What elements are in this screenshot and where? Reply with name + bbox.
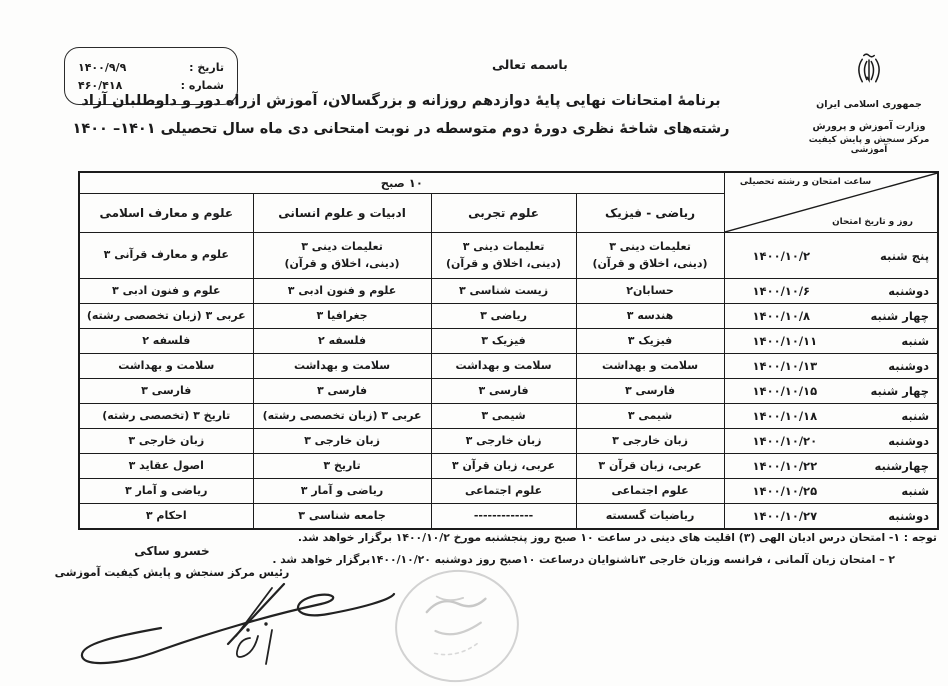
subject-cell: تعلیمات دینی ۳ (دینی، اخلاق و قرآن) [253,233,431,279]
column-header-adabiat-ensani: ادبیات و علوم انسانی [253,194,431,233]
subject-cell: عربی ۳ (زبان تخصصی رشته) [253,404,431,429]
subject-cell: سلامت و بهداشت [576,354,724,379]
exam-date: ۱۴۰۰/۱۰/۶ [753,284,811,298]
column-header-riazi-fizik: ریاضی - فیزیک [576,194,724,233]
subject-cell: سلامت و بهداشت [79,354,253,379]
exam-day: دوشنبه [888,359,929,373]
subject-cell: فلسفه ۲ [253,329,431,354]
subject-cell: هندسه ۳ [576,304,724,329]
exam-day: شنبه [901,334,929,348]
exam-date: ۱۴۰۰/۱۰/۲۵ [753,484,818,498]
ref-date-value: ۱۴۰۰/۹/۹ [78,61,126,74]
corner-label-top: ساعت امتحان و رشته تحصیلی [739,177,873,187]
subject-cell: ریاضی و آمار ۳ [253,479,431,504]
exam-date: ۱۴۰۰/۱۰/۱۱ [753,334,818,348]
exam-date: ۱۴۰۰/۱۰/۱۳ [753,359,818,373]
subject-cell: علوم اجتماعی [431,479,576,504]
exam-time-header: ۱۰ صبح [79,172,724,194]
subject-cell: جغرافیا ۳ [253,304,431,329]
column-header-oloom-maaref: علوم و معارف اسلامی [79,194,253,233]
table-row: شنبه۱۴۰۰/۱۰/۲۵ علوم اجتماعی علوم اجتماعی… [79,479,938,504]
signer-name: خسرو ساکی [50,544,294,558]
subject-cell: ریاضی و آمار ۳ [79,479,253,504]
exam-date: ۱۴۰۰/۱۰/۲۰ [753,434,818,448]
exam-day: پنج شنبه [880,249,929,263]
subject-cell: ریاضیات گسسته [576,504,724,529]
letterhead-center: مرکز سنجش و پایش کیفیت آموزشی [793,135,945,155]
footnote-1: توجه : ۱- امتحان درس ادیان الهی (۳) اقلی… [32,531,937,544]
subject-cell: علوم و فنون ادبی ۳ [79,279,253,304]
ref-date-label: تاریخ : [189,61,224,74]
subject-cell: عربی ۳ (زبان تخصصی رشته) [79,304,253,329]
table-row: چهارشنبه۱۴۰۰/۱۰/۲۲ عربی، زبان قرآن ۳ عرب… [79,454,938,479]
letterhead: جمهوری اسلامی ایران وزارت آموزش و پرورش … [793,50,945,155]
exam-date: ۱۴۰۰/۱۰/۱۵ [753,384,818,398]
bismillah-text: باسمه تعالی [492,57,568,72]
table-row: چهار شنبه۱۴۰۰/۱۰/۱۵ فارسی ۳ فارسی ۳ فارس… [79,379,938,404]
subject-cell: تاریخ ۳ (تخصصی رشته) [79,404,253,429]
subject-cell: فیزیک ۳ [576,329,724,354]
subject-cell: تاریخ ۳ [253,454,431,479]
table-row: دوشنبه۱۴۰۰/۱۰/۱۳ سلامت و بهداشت سلامت و … [79,354,938,379]
subject-cell: علوم و معارف قرآنی ۳ [79,233,253,279]
subject-cell: زبان خارجی ۳ [576,429,724,454]
subject-cell: اصول عقاید ۳ [79,454,253,479]
subject-cell: زیست شناسی ۳ [431,279,576,304]
subject-cell: تعلیمات دینی ۳ (دینی، اخلاق و قرآن) [431,233,576,279]
exam-day: دوشنبه [888,284,929,298]
title-line-2: رشته‌های شاخۀ نظری دورۀ دوم متوسطه در نو… [52,122,750,137]
table-row: چهار شنبه۱۴۰۰/۱۰/۸ هندسه ۳ ریاضی ۳ جغراف… [79,304,938,329]
exam-schedule-table: ساعت امتحان و رشته تحصیلی روز و تاریخ ام… [78,171,939,530]
exam-date: ۱۴۰۰/۱۰/۲۲ [753,459,818,473]
document-title: برنامۀ امتحانات نهایی پایۀ دوازدهم روزان… [52,94,750,137]
subject-cell: حسابان۲ [576,279,724,304]
subject-cell: شیمی ۳ [431,404,576,429]
subject-cell: فارسی ۳ [79,379,253,404]
exam-day: دوشنبه [888,434,929,448]
ref-number-label: شماره : [181,79,224,92]
subject-cell: سلامت و بهداشت [431,354,576,379]
table-row: دوشنبه۱۴۰۰/۱۰/۲۷ ریاضیات گسسته ---------… [79,504,938,529]
exam-date: ۱۴۰۰/۱۰/۲۷ [753,509,818,523]
subject-cell: زبان خارجی ۳ [431,429,576,454]
signature-block: خسرو ساکی رئیس مرکز سنجش و پایش کیفیت آم… [50,544,294,579]
subject-cell: علوم اجتماعی [576,479,724,504]
table-row: شنبه۱۴۰۰/۱۰/۱۸ شیمی ۳ شیمی ۳ عربی ۳ (زبا… [79,404,938,429]
subject-cell: زبان خارجی ۳ [79,429,253,454]
subject-cell: شیمی ۳ [576,404,724,429]
subject-cell: فارسی ۳ [431,379,576,404]
subject-cell: تعلیمات دینی ۳ (دینی، اخلاق و قرآن) [576,233,724,279]
iran-emblem-icon [854,50,884,88]
subject-cell: ریاضی ۳ [431,304,576,329]
corner-label-bottom: روز و تاریخ امتحان [819,217,927,227]
table-row: پنج شنبه۱۴۰۰/۱۰/۲ تعلیمات دینی ۳ (دینی، … [79,233,938,279]
subject-cell: فیزیک ۳ [431,329,576,354]
table-header-row-time: ساعت امتحان و رشته تحصیلی روز و تاریخ ام… [79,172,938,194]
exam-day: چهار شنبه [871,309,930,323]
subject-cell: علوم و فنون ادبی ۳ [253,279,431,304]
ref-date-line: تاریخ : ۱۴۰۰/۹/۹ [78,61,224,74]
title-line-1: برنامۀ امتحانات نهایی پایۀ دوازدهم روزان… [52,94,750,109]
exam-date: ۱۴۰۰/۱۰/۲ [753,249,811,263]
table-row: شنبه۱۴۰۰/۱۰/۱۱ فیزیک ۳ فیزیک ۳ فلسفه ۲ ف… [79,329,938,354]
letterhead-ministry: وزارت آموزش و پرورش [793,121,945,132]
ref-number-line: شماره : ۴۶۰/۴۱۸ [78,79,224,92]
subject-cell: سلامت و بهداشت [253,354,431,379]
subject-cell: جامعه شناسی ۳ [253,504,431,529]
exam-day: شنبه [901,484,929,498]
exam-day: چهارشنبه [875,459,930,473]
office-stamp-icon [383,566,531,686]
table-row: دوشنبه۱۴۰۰/۱۰/۶ حسابان۲ زیست شناسی ۳ علو… [79,279,938,304]
table-row: دوشنبه۱۴۰۰/۱۰/۲۰ زبان خارجی ۳ زبان خارجی… [79,429,938,454]
subject-cell: عربی، زبان قرآن ۳ [431,454,576,479]
exam-day: دوشنبه [888,509,929,523]
exam-date: ۱۴۰۰/۱۰/۸ [753,309,811,323]
exam-date: ۱۴۰۰/۱۰/۱۸ [753,409,818,423]
subject-cell: ------------- [431,504,576,529]
scanned-exam-schedule-letter: تاریخ : ۱۴۰۰/۹/۹ شماره : ۴۶۰/۴۱۸ باسمه ت… [0,0,948,686]
ref-number-value: ۴۶۰/۴۱۸ [78,79,122,92]
subject-cell: عربی، زبان قرآن ۳ [576,454,724,479]
letterhead-country: جمهوری اسلامی ایران [793,99,945,110]
subject-cell: فارسی ۳ [576,379,724,404]
subject-cell: احکام ۳ [79,504,253,529]
subject-cell: زبان خارجی ۳ [253,429,431,454]
subject-cell: فارسی ۳ [253,379,431,404]
exam-day: شنبه [901,409,929,423]
column-header-oloom-tajrobi: علوم تجربی [431,194,576,233]
subject-cell: فلسفه ۲ [79,329,253,354]
corner-header-cell: ساعت امتحان و رشته تحصیلی روز و تاریخ ام… [724,172,938,233]
handwritten-signature-icon [76,578,396,670]
exam-day: چهار شنبه [871,384,930,398]
